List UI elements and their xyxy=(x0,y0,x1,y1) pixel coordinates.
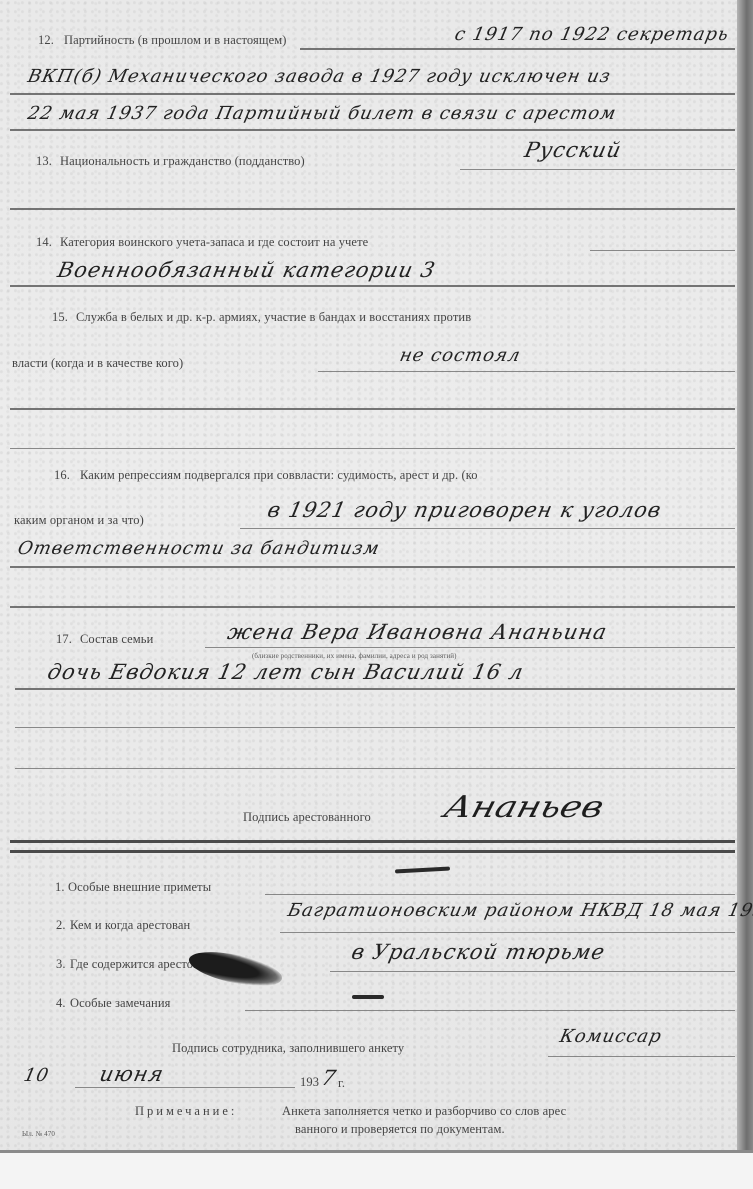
page-bottom-margin xyxy=(0,1150,753,1189)
field-16-label-cont: каким органом и за что) xyxy=(14,513,144,529)
field-17-rule-3 xyxy=(15,727,735,728)
field-13-label: Национальность и гражданство (подданство… xyxy=(60,154,305,170)
office-field-3-rule xyxy=(330,971,735,972)
field-16-label: Каким репрессиям подвергался при соввлас… xyxy=(80,468,478,484)
scanned-document: 12. Партийность (в прошлом и в настоящем… xyxy=(0,0,753,1189)
office-field-4-rule xyxy=(245,1010,735,1011)
field-16-value-1: в 1921 году приговорен к уголов xyxy=(265,498,663,522)
field-13-rule-2 xyxy=(10,208,735,210)
field-16-number: 16. xyxy=(54,468,70,484)
officer-signature-rule xyxy=(548,1056,735,1057)
office-field-4-label: Особые замечания xyxy=(70,996,170,1012)
office-field-4-number: 4. xyxy=(56,996,66,1012)
field-15-number: 15. xyxy=(52,310,68,326)
date-year-prefix: 193 xyxy=(300,1075,319,1091)
pen-mark-2 xyxy=(352,995,384,999)
field-15-rule-3 xyxy=(10,448,735,449)
field-14-rule-2 xyxy=(10,285,735,287)
field-14-value: Военнообязанный категории 3 xyxy=(55,258,437,282)
field-12-value-2: ВКП(б) Механического завода в 1927 году … xyxy=(26,66,613,87)
field-14-label: Категория воинского учета-запаса и где с… xyxy=(60,235,368,251)
field-12-number: 12. xyxy=(38,33,54,49)
field-16-value-2: Ответственности за бандитизм xyxy=(16,538,382,559)
office-field-2-number: 2. xyxy=(56,918,66,934)
office-field-1-rule xyxy=(265,894,735,895)
office-field-2-label: Кем и когда арестован xyxy=(70,918,190,934)
field-13-rule-1 xyxy=(460,169,735,170)
note-text-line-2: ванного и проверяется по документам. xyxy=(295,1122,505,1138)
field-12-rule-1 xyxy=(300,48,735,50)
field-13-number: 13. xyxy=(36,154,52,170)
field-14-rule-1 xyxy=(590,250,735,251)
field-17-value-2: дочь Евдокия 12 лет сын Василий 16 л xyxy=(45,660,526,684)
office-field-2-rule xyxy=(280,932,735,933)
field-12-label: Партийность (в прошлом и в настоящем) xyxy=(64,33,287,49)
field-12-value-1: с 1917 по 1922 секретарь xyxy=(453,24,731,45)
field-17-value-1: жена Вера Ивановна Ананьина xyxy=(225,620,609,644)
field-17-number: 17. xyxy=(56,632,72,648)
field-17-sublabel: (близкие родственники, их имена, фамилии… xyxy=(252,652,457,660)
arrestee-signature-label: Подпись арестованного xyxy=(243,810,371,826)
office-field-3-value: в Уральской тюрьме xyxy=(349,940,607,964)
office-field-1-label: Особые внешние приметы xyxy=(68,880,211,896)
field-16-rule-2 xyxy=(10,566,735,568)
field-15-rule-1 xyxy=(318,371,735,372)
date-year-suffix: 7 xyxy=(319,1066,338,1090)
office-field-2-value: Багратионовским районом НКВД 18 мая 1937 xyxy=(286,900,753,921)
field-15-value: не состоял xyxy=(398,345,523,366)
field-14-number: 14. xyxy=(36,235,52,251)
field-17-rule-1 xyxy=(205,647,735,648)
field-17-rule-2 xyxy=(15,688,735,690)
field-15-label: Служба в белых и др. к-р. армиях, участи… xyxy=(76,310,471,326)
office-field-1-number: 1. xyxy=(55,880,65,896)
pen-mark xyxy=(395,867,450,874)
field-12-rule-3 xyxy=(10,129,735,131)
ink-blot xyxy=(186,945,285,992)
officer-signature-label: Подпись сотрудника, заполнившего анкету xyxy=(172,1041,404,1057)
form-code: Ыл. № 470 xyxy=(22,1130,55,1138)
arrestee-signature: Ананьев xyxy=(440,790,607,825)
date-day: 10 xyxy=(22,1065,51,1086)
date-rule xyxy=(75,1087,295,1088)
field-17-rule-4 xyxy=(15,768,735,769)
note-title: Примечание: xyxy=(135,1104,237,1120)
officer-signature: Комиссар xyxy=(558,1026,664,1047)
field-17-label: Состав семьи xyxy=(80,632,153,648)
page-edge-shadow xyxy=(737,0,753,1150)
field-16-rule-3 xyxy=(10,606,735,608)
field-12-rule-2 xyxy=(10,93,735,95)
field-15-rule-2 xyxy=(10,408,735,410)
date-year-unit: г. xyxy=(338,1076,345,1092)
field-15-label-cont: власти (когда и в качестве кого) xyxy=(12,356,183,372)
field-16-rule-1 xyxy=(240,528,735,529)
note-text-line-1: Анкета заполняется четко и разборчиво со… xyxy=(282,1104,566,1120)
date-month: июня xyxy=(97,1062,166,1086)
section-divider xyxy=(10,840,735,853)
field-13-value: Русский xyxy=(522,138,624,162)
field-12-value-3: 22 мая 1937 года Партийный билет в связи… xyxy=(26,103,619,124)
office-field-3-number: 3. xyxy=(56,957,66,973)
